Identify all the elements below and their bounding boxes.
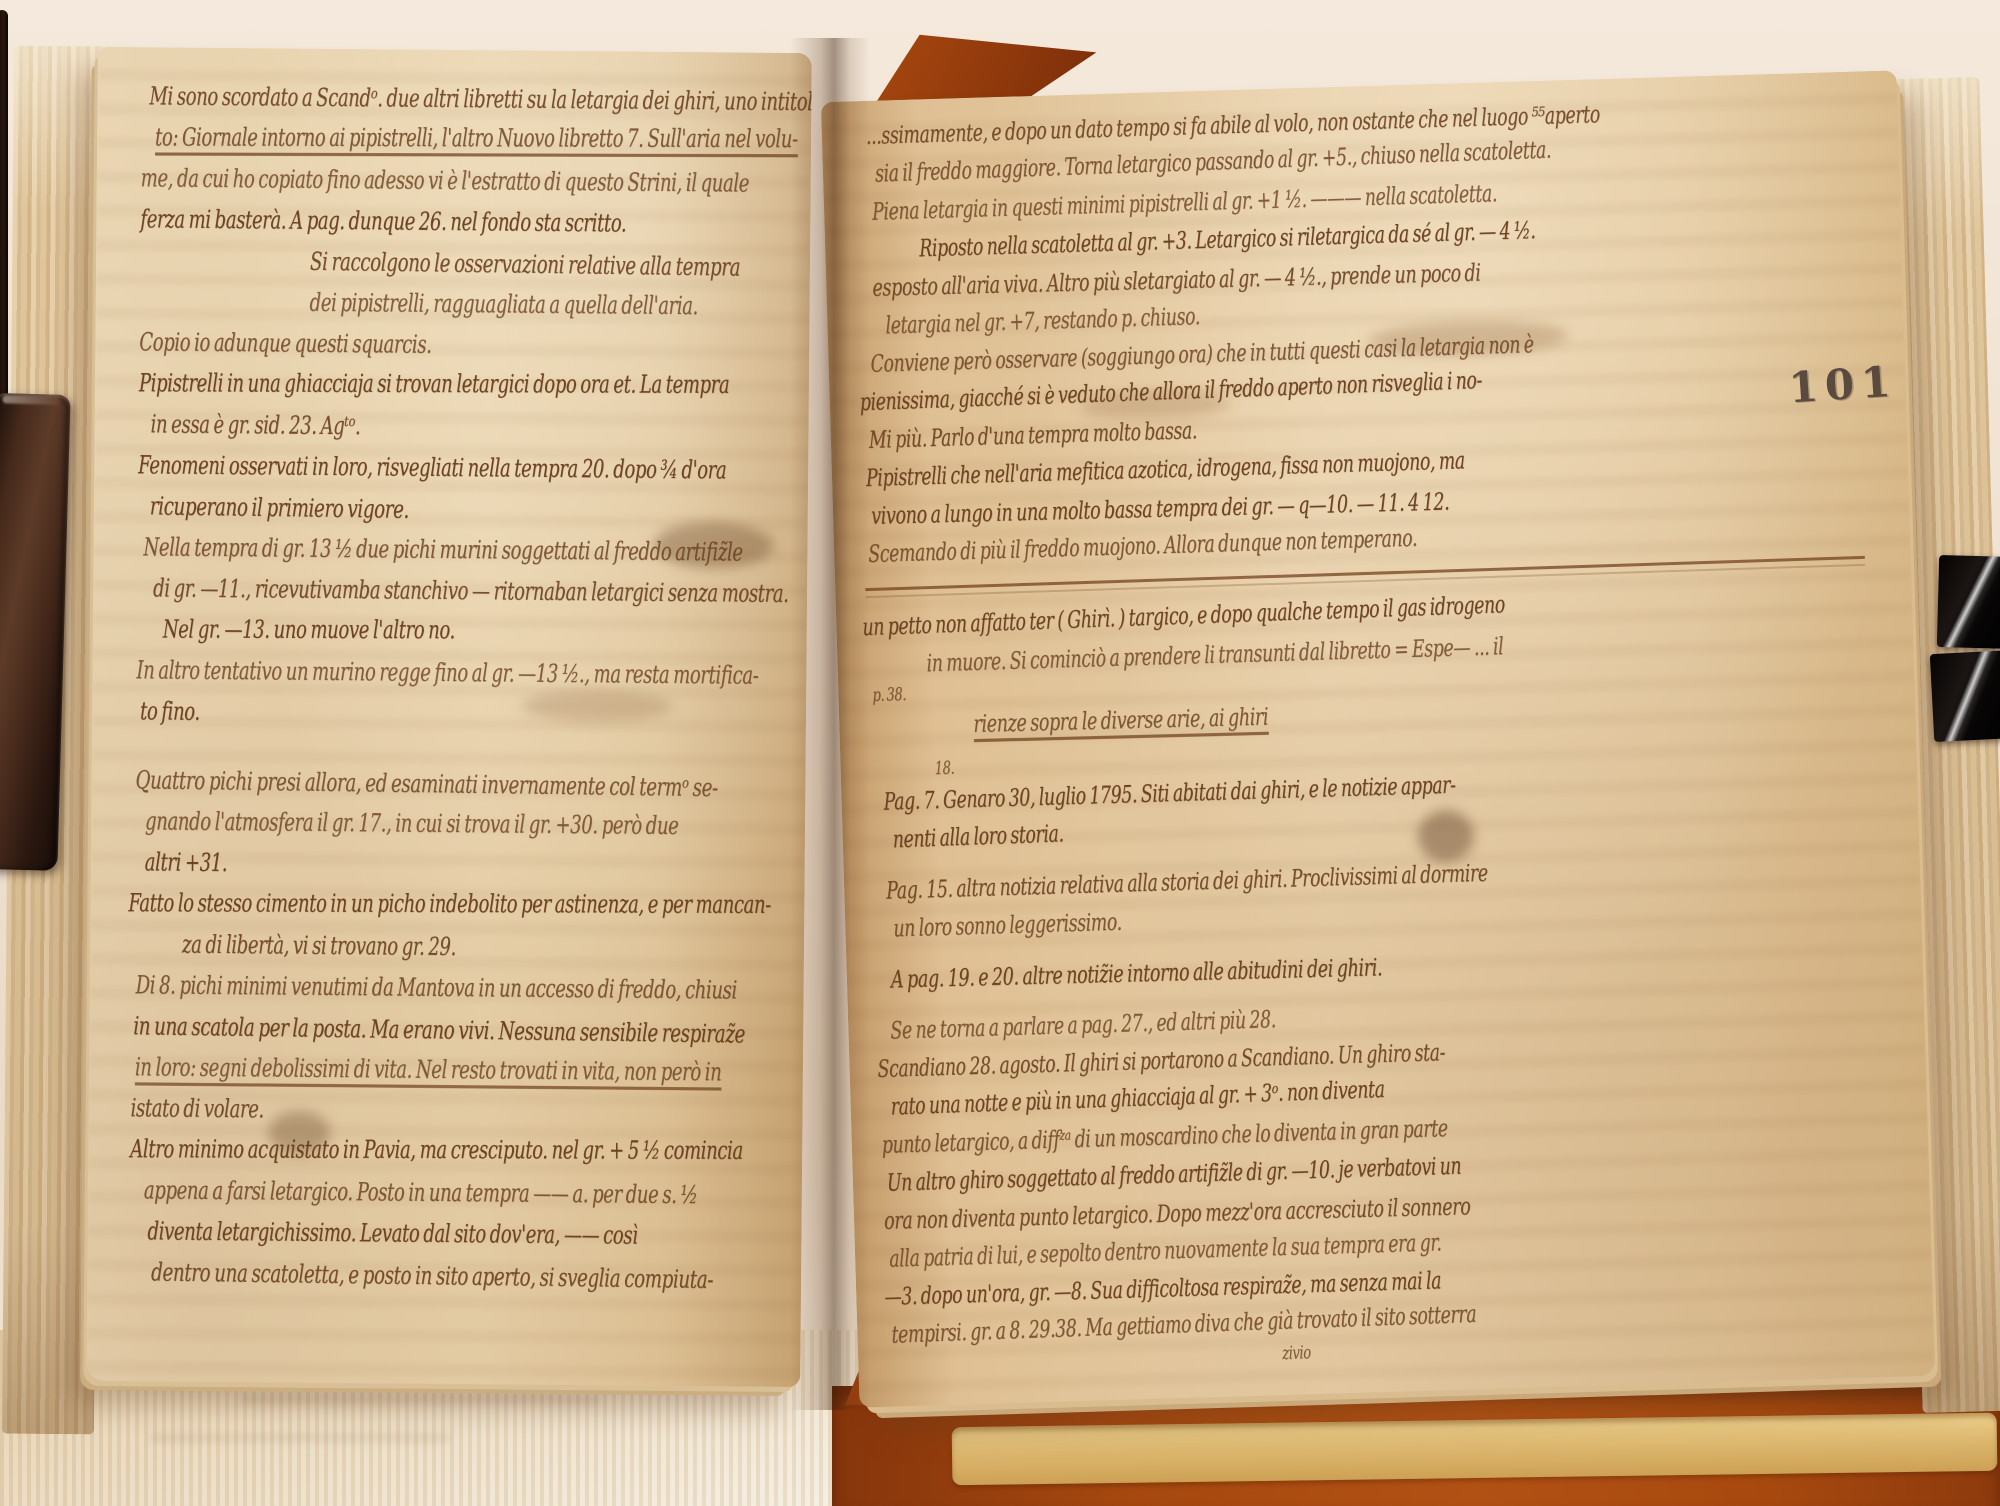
manuscript-line: in loro: segni debolissimi di vita. Nel … bbox=[135, 1046, 616, 1091]
manuscript-line: Pipistrelli in una ghiacciaja si trovan … bbox=[139, 362, 622, 404]
manuscript-line: Nel gr. —13. uno muove l'altro no. bbox=[163, 608, 627, 650]
manuscript-line: me, da cui ho copiato fino adesso vi è l… bbox=[141, 157, 624, 202]
manuscript-line: Fatto lo stesso cimento in un picho inde… bbox=[128, 882, 615, 924]
manuscript-line: za di libertà, vi si trovano gr. 29. bbox=[182, 924, 630, 969]
binder-clip-right-lower bbox=[1930, 650, 2000, 742]
manuscript-line: ferza mi basterà. A pag. dunque 26. nel … bbox=[140, 198, 623, 243]
manuscript-line: Nella tempra di gr. 13 ½ due pichi murin… bbox=[143, 526, 621, 571]
manuscript-line: dentro una scatoletta, e posto in sito a… bbox=[151, 1251, 626, 1298]
manuscript-line: in essa è gr. sid. 23. Agᵗᵒ. bbox=[150, 403, 624, 448]
binder-clip-right-upper bbox=[1937, 555, 2000, 649]
manuscript-line: istato di volare. bbox=[130, 1087, 614, 1132]
manuscript-line: di gr. —11., ricevutivamba stanchivo — r… bbox=[153, 567, 624, 612]
page-number-stamp: 101 bbox=[1788, 357, 1900, 413]
manuscript-line: In altro tentativo un murino regge fino … bbox=[136, 649, 619, 694]
manuscript-line: Mi sono scordato a Scandᵒ. due altri lib… bbox=[149, 75, 626, 120]
manuscript-line: ricuperano il primiero vigore. bbox=[150, 485, 631, 532]
manuscript-photo: Mi sono scordato a Scandᵒ. due altri lib… bbox=[0, 0, 2000, 1506]
manuscript-line: diventa letargichissimo. Levato dal sito… bbox=[147, 1210, 618, 1255]
manuscript-line: to: Giornale intorno ai pipistrelli, l'a… bbox=[155, 116, 628, 158]
left-page: Mi sono scordato a Scandᵒ. due altri lib… bbox=[86, 47, 812, 1387]
manuscript-line: in una scatola per la posta. Ma erano vi… bbox=[133, 1005, 623, 1053]
manuscript-line: Si raccolgono le osservazioni relative a… bbox=[310, 241, 675, 287]
manuscript-line: A pag. 19. e 20. altre notiz̃ie intorno … bbox=[890, 942, 1644, 999]
right-page-text: ...ssimamente, e dopo un dato tempo si f… bbox=[855, 86, 1934, 1377]
manuscript-line: Altro minimo acquistato in Pavia, ma cre… bbox=[130, 1128, 614, 1170]
manuscript-line: altri +31. bbox=[145, 841, 621, 886]
manuscript-line: to fino. bbox=[140, 690, 620, 735]
right-page: 101 ...ssimamente, e dopo un dato tempo … bbox=[821, 70, 1935, 1407]
manuscript-line: Fenomeni osservati in loro, risvegliati … bbox=[138, 444, 621, 489]
ghost-writing bbox=[240, 1396, 600, 1404]
manuscript-line: Di 8. pichi minimi venutimi da Mantova i… bbox=[135, 964, 616, 1009]
left-page-text: Mi sono scordato a Scandᵒ. due altri lib… bbox=[131, 75, 812, 1298]
manuscript-line: Quattro pichi presi allora, ed esaminati… bbox=[135, 759, 625, 807]
manuscript-line: appena a farsi letargico. Posto in una t… bbox=[144, 1169, 618, 1214]
ghost-writing bbox=[150, 1434, 450, 1442]
manuscript-line: Copio io adunque questi squarcis. bbox=[139, 321, 622, 366]
manuscript-line: gnando l'atmosfera il gr. 17., in cui si… bbox=[145, 800, 621, 845]
manuscript-line: dei pipistrelli, ragguagliata a quella d… bbox=[309, 282, 669, 326]
